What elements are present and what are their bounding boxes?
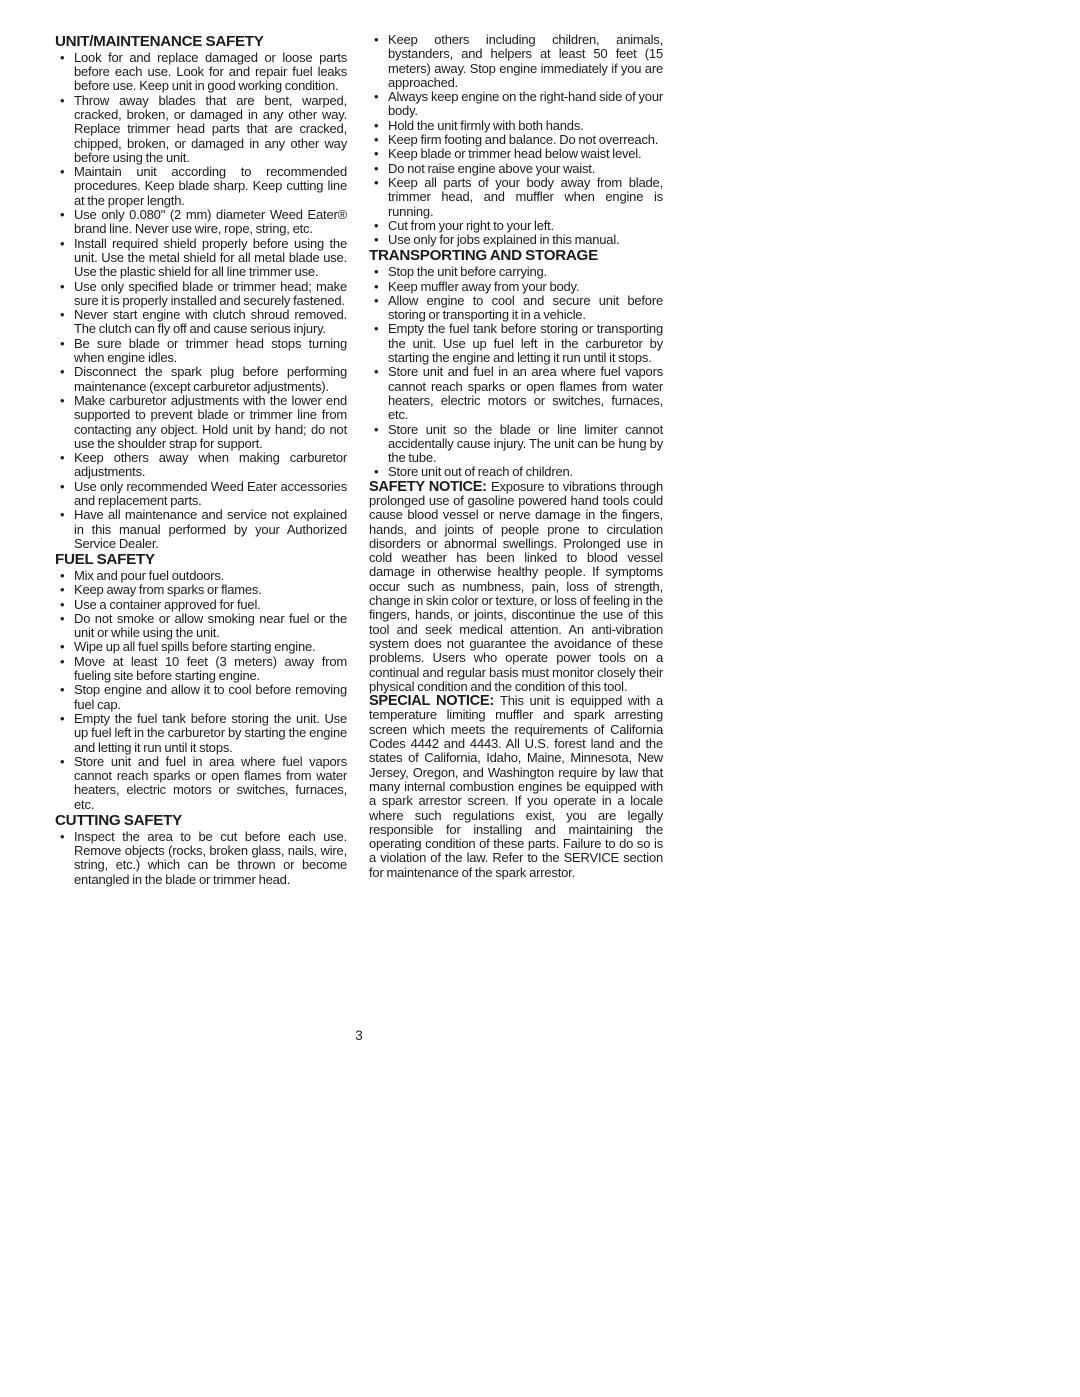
- bullet-text: Mix and pour fuel outdoors.: [74, 568, 224, 583]
- bullet-icon: •: [374, 365, 378, 379]
- bullet-text: Keep blade or trimmer head below waist l…: [388, 146, 641, 161]
- bullet-item: •Use a container approved for fuel.: [55, 598, 347, 612]
- page-number: 3: [55, 1028, 663, 1043]
- bullet-icon: •: [374, 162, 378, 176]
- bullet-icon: •: [374, 423, 378, 437]
- bullet-icon: •: [374, 465, 378, 479]
- bullet-item: •Always keep engine on the right-hand si…: [369, 90, 663, 119]
- bullet-icon: •: [374, 265, 378, 279]
- bullet-item: •Stop engine and allow it to cool before…: [55, 683, 347, 712]
- right-column: •Keep others including children, animals…: [369, 33, 663, 880]
- bullet-icon: •: [60, 394, 64, 408]
- bullet-text: Always keep engine on the right-hand sid…: [388, 89, 663, 118]
- bullet-item: •Look for and replace damaged or loose p…: [55, 51, 347, 94]
- bullet-icon: •: [60, 583, 64, 597]
- bullet-item: •Use only for jobs explained in this man…: [369, 233, 663, 247]
- bullet-icon: •: [60, 237, 64, 251]
- bullet-item: •Keep away from sparks or flames.: [55, 583, 347, 597]
- bullet-item: •Throw away blades that are bent, warped…: [55, 94, 347, 165]
- section-heading: CUTTING SAFETY: [55, 813, 347, 829]
- bullet-text: Cut from your right to your left.: [388, 218, 554, 233]
- bullet-text: Wipe up all fuel spills before starting …: [74, 639, 315, 654]
- bullet-text: Look for and replace damaged or loose pa…: [74, 50, 347, 94]
- bullet-icon: •: [60, 51, 64, 65]
- bullet-item: •Use only recommended Weed Eater accesso…: [55, 480, 347, 509]
- left-column: UNIT/MAINTENANCE SAFETY•Look for and rep…: [55, 33, 347, 887]
- bullet-icon: •: [374, 233, 378, 247]
- bullet-item: •Use only 0.080" (2 mm) diameter Weed Ea…: [55, 208, 347, 237]
- bullet-icon: •: [60, 480, 64, 494]
- notice-text: Exposure to vibrations through prolonged…: [369, 479, 663, 694]
- bullet-item: •Be sure blade or trimmer head stops tur…: [55, 337, 347, 366]
- bullet-text: Keep all parts of your body away from bl…: [388, 175, 663, 219]
- bullet-text: Keep muffler away from your body.: [388, 279, 579, 294]
- bullet-text: Never start engine with clutch shroud re…: [74, 307, 347, 336]
- bullet-item: •Keep firm footing and balance. Do not o…: [369, 133, 663, 147]
- notice-text: This unit is equipped with a temperature…: [369, 693, 663, 880]
- notice-paragraph: SAFETY NOTICE: Exposure to vibrations th…: [369, 480, 663, 694]
- bullet-item: •Do not raise engine above your waist.: [369, 162, 663, 176]
- bullet-text: Empty the fuel tank before storing or tr…: [388, 321, 663, 365]
- bullet-item: •Never start engine with clutch shroud r…: [55, 308, 347, 337]
- bullet-icon: •: [374, 176, 378, 190]
- bullet-icon: •: [374, 133, 378, 147]
- bullet-item: •Empty the fuel tank before storing the …: [55, 712, 347, 755]
- section-heading: FUEL SAFETY: [55, 552, 347, 568]
- bullet-item: •Keep others away when making carburetor…: [55, 451, 347, 480]
- bullet-icon: •: [374, 219, 378, 233]
- notice-paragraph: SPECIAL NOTICE: This unit is equipped wi…: [369, 694, 663, 880]
- bullet-item: •Keep muffler away from your body.: [369, 280, 663, 294]
- document-page: UNIT/MAINTENANCE SAFETY•Look for and rep…: [0, 0, 1080, 1397]
- bullet-text: Use a container approved for fuel.: [74, 597, 261, 612]
- bullet-icon: •: [60, 165, 64, 179]
- bullet-icon: •: [374, 33, 378, 47]
- bullet-text: Allow engine to cool and secure unit bef…: [388, 293, 663, 322]
- bullet-icon: •: [60, 208, 64, 222]
- bullet-icon: •: [60, 451, 64, 465]
- bullet-item: •Use only specified blade or trimmer hea…: [55, 280, 347, 309]
- bullet-item: •Empty the fuel tank before storing or t…: [369, 322, 663, 365]
- bullet-text: Use only specified blade or trimmer head…: [74, 279, 347, 308]
- bullet-text: Move at least 10 feet (3 meters) away fr…: [74, 654, 347, 683]
- bullet-icon: •: [374, 147, 378, 161]
- bullet-icon: •: [374, 322, 378, 336]
- bullet-text: Use only for jobs explained in this manu…: [388, 232, 619, 247]
- bullet-text: Do not smoke or allow smoking near fuel …: [74, 611, 347, 640]
- bullet-text: Throw away blades that are bent, warped,…: [74, 93, 347, 165]
- bullet-text: Store unit out of reach of children.: [388, 464, 573, 479]
- bullet-icon: •: [60, 612, 64, 626]
- bullet-item: •Store unit out of reach of children.: [369, 465, 663, 479]
- bullet-item: •Maintain unit according to recommended …: [55, 165, 347, 208]
- bullet-text: Have all maintenance and service not exp…: [74, 507, 347, 551]
- bullet-icon: •: [374, 119, 378, 133]
- bullet-icon: •: [60, 640, 64, 654]
- bullet-icon: •: [374, 280, 378, 294]
- bullet-text: Stop engine and allow it to cool before …: [74, 682, 347, 711]
- bullet-text: Hold the unit firmly with both hands.: [388, 118, 584, 133]
- bullet-icon: •: [60, 365, 64, 379]
- bullet-item: •Hold the unit firmly with both hands.: [369, 119, 663, 133]
- bullet-item: •Do not smoke or allow smoking near fuel…: [55, 612, 347, 641]
- bullet-icon: •: [60, 712, 64, 726]
- bullet-icon: •: [60, 655, 64, 669]
- bullet-text: Store unit and fuel in area where fuel v…: [74, 754, 347, 812]
- bullet-icon: •: [60, 94, 64, 108]
- bullet-text: Use only 0.080" (2 mm) diameter Weed Eat…: [74, 207, 347, 236]
- section-heading: TRANSPORTING AND STORAGE: [369, 248, 663, 264]
- bullet-icon: •: [60, 337, 64, 351]
- bullet-text: Store unit so the blade or line limiter …: [388, 422, 663, 466]
- bullet-item: •Wipe up all fuel spills before starting…: [55, 640, 347, 654]
- bullet-icon: •: [374, 294, 378, 308]
- bullet-item: •Allow engine to cool and secure unit be…: [369, 294, 663, 323]
- bullet-text: Use only recommended Weed Eater accessor…: [74, 479, 347, 508]
- bullet-item: •Store unit and fuel in area where fuel …: [55, 755, 347, 812]
- bullet-item: •Have all maintenance and service not ex…: [55, 508, 347, 551]
- bullet-text: Keep others including children, animals,…: [388, 32, 663, 90]
- bullet-item: •Make carburetor adjustments with the lo…: [55, 394, 347, 451]
- bullet-text: Keep others away when making carburetor …: [74, 450, 347, 479]
- bullet-item: •Stop the unit before carrying.: [369, 265, 663, 279]
- bullet-text: Be sure blade or trimmer head stops turn…: [74, 336, 347, 365]
- bullet-text: Stop the unit before carrying.: [388, 264, 547, 279]
- bullet-item: •Keep others including children, animals…: [369, 33, 663, 90]
- page-content: UNIT/MAINTENANCE SAFETY•Look for and rep…: [55, 33, 663, 887]
- bullet-text: Keep firm footing and balance. Do not ov…: [388, 132, 658, 147]
- bullet-icon: •: [60, 830, 64, 844]
- bullet-text: Do not raise engine above your waist.: [388, 161, 595, 176]
- bullet-icon: •: [60, 598, 64, 612]
- bullet-icon: •: [60, 683, 64, 697]
- bullet-icon: •: [60, 508, 64, 522]
- bullet-item: •Mix and pour fuel outdoors.: [55, 569, 347, 583]
- bullet-text: Empty the fuel tank before storing the u…: [74, 711, 347, 755]
- bullet-item: •Cut from your right to your left.: [369, 219, 663, 233]
- bullet-text: Keep away from sparks or flames.: [74, 582, 262, 597]
- bullet-item: •Keep all parts of your body away from b…: [369, 176, 663, 219]
- bullet-text: Install required shield properly before …: [74, 236, 347, 280]
- bullet-item: •Inspect the area to be cut before each …: [55, 830, 347, 887]
- bullet-item: •Move at least 10 feet (3 meters) away f…: [55, 655, 347, 684]
- bullet-item: •Store unit and fuel in an area where fu…: [369, 365, 663, 422]
- bullet-item: •Keep blade or trimmer head below waist …: [369, 147, 663, 161]
- bullet-icon: •: [60, 280, 64, 294]
- section-heading: UNIT/MAINTENANCE SAFETY: [55, 34, 347, 50]
- bullet-text: Store unit and fuel in an area where fue…: [388, 364, 663, 422]
- bullet-icon: •: [374, 90, 378, 104]
- bullet-item: •Disconnect the spark plug before perfor…: [55, 365, 347, 394]
- bullet-icon: •: [60, 569, 64, 583]
- bullet-text: Make carburetor adjustments with the low…: [74, 393, 347, 451]
- bullet-item: •Store unit so the blade or line limiter…: [369, 423, 663, 466]
- bullet-text: Maintain unit according to recommended p…: [74, 164, 347, 208]
- bullet-text: Inspect the area to be cut before each u…: [74, 829, 347, 887]
- bullet-text: Disconnect the spark plug before perform…: [74, 364, 347, 393]
- bullet-item: •Install required shield properly before…: [55, 237, 347, 280]
- bullet-icon: •: [60, 755, 64, 769]
- bullet-icon: •: [60, 308, 64, 322]
